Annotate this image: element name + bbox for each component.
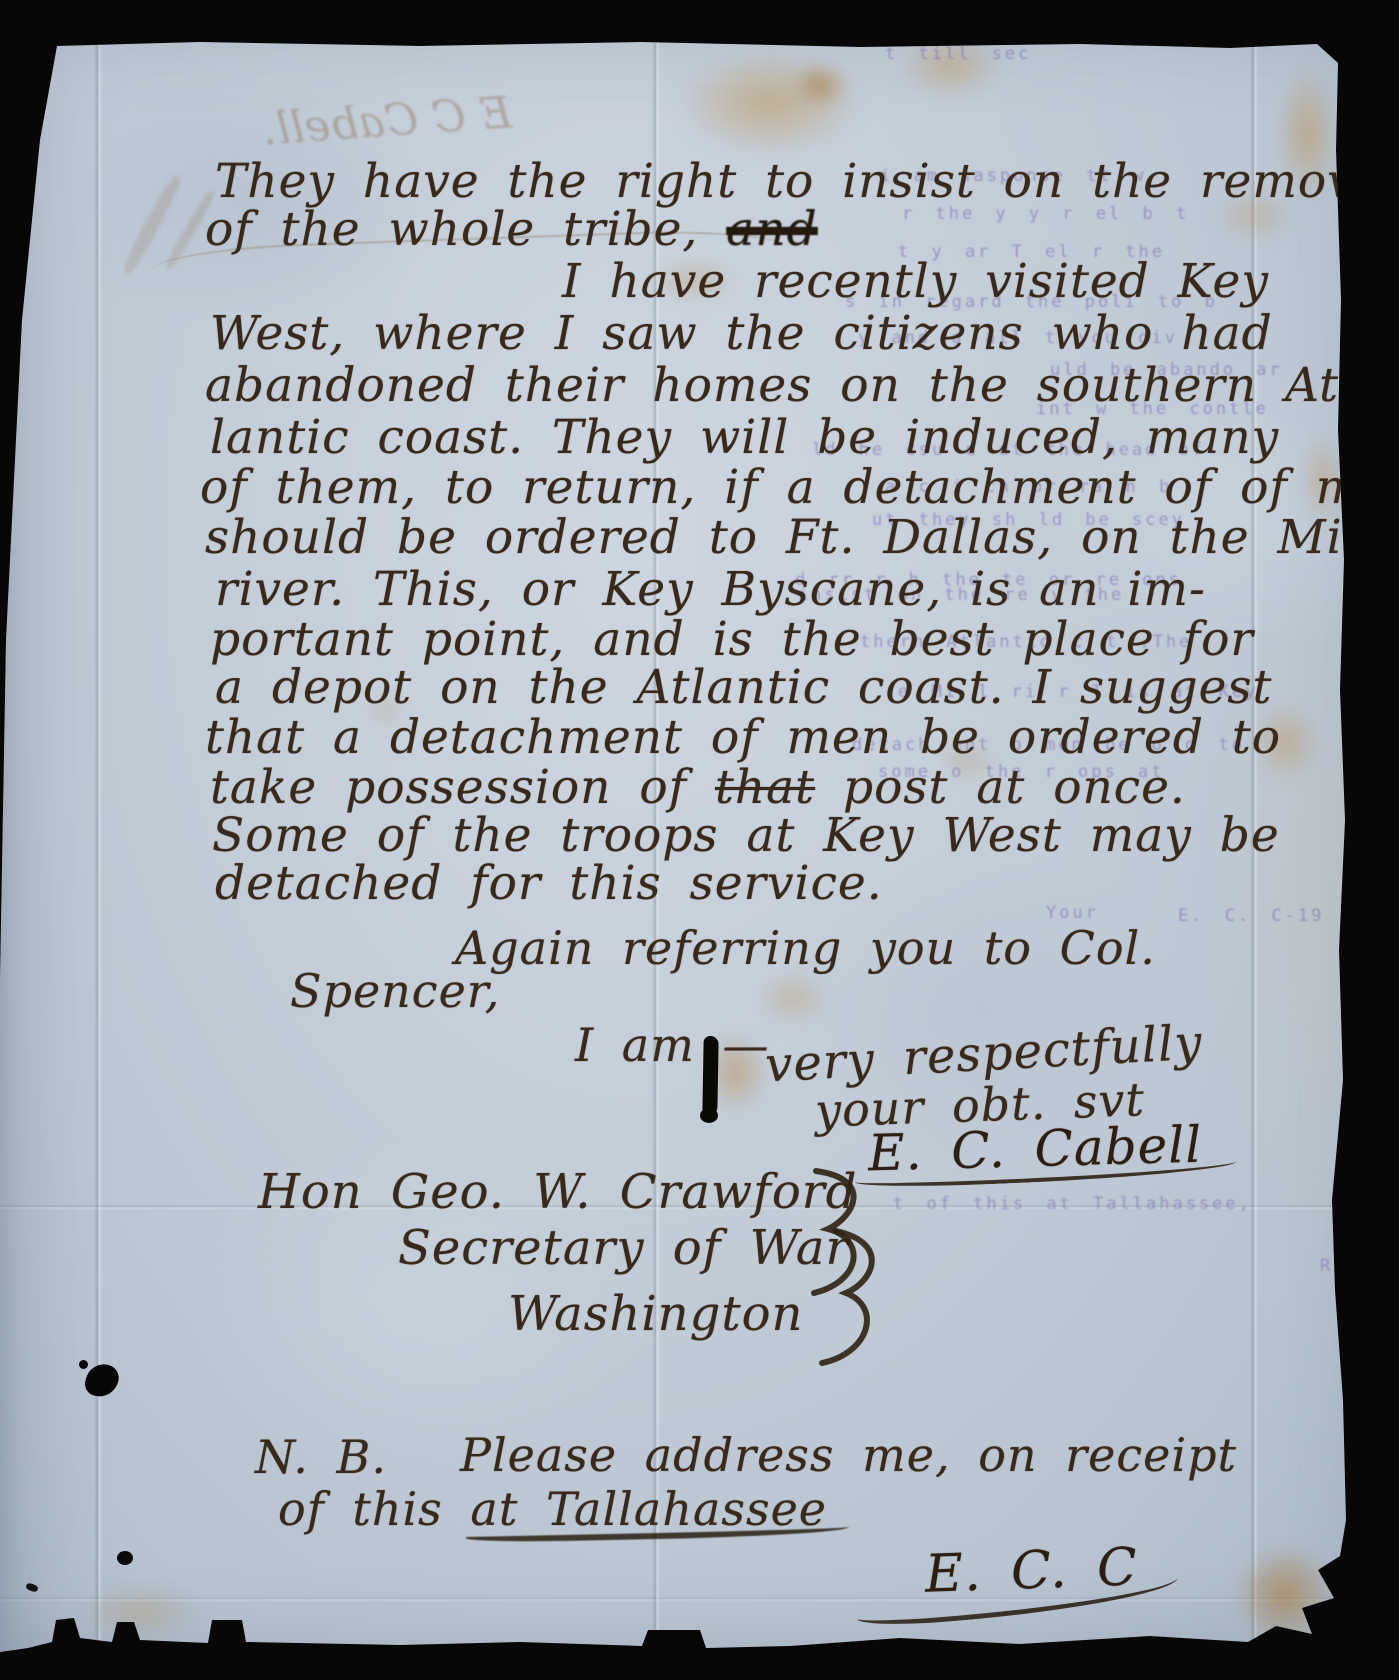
closing-line: Spencer, [290, 968, 500, 1014]
typed-bleedthrough: t of this at Tallahassee, [893, 1194, 1252, 1214]
fold-crease-left [94, 0, 102, 1680]
stain [875, 18, 1025, 113]
paper-hole [82, 1361, 121, 1401]
handwriting-line: portant point, and is the best place for [210, 616, 1254, 663]
struck-out-word: that [715, 760, 815, 815]
ink-blot [702, 1036, 718, 1116]
address-line: Washington [508, 1290, 803, 1338]
typed-bleedthrough: R. [1320, 1256, 1346, 1276]
handwriting-line: Some of the troops at Key West may be [212, 812, 1280, 859]
postscript-initials: E. C. C [924, 1541, 1138, 1600]
address-line: Hon Geo. W. Crawford [258, 1168, 857, 1216]
handwriting-line: river. This, or Key Byscane, is an im- [215, 566, 1206, 613]
struck-out-word: and [726, 202, 817, 257]
initials-text: E. C. C [924, 1541, 1138, 1600]
postscript-nb: N. B. [255, 1434, 387, 1480]
postscript-line: of this at Tallahassee [278, 1486, 827, 1532]
signature-name: E. C. Cabell [867, 1120, 1202, 1179]
handwriting-line: a depot on the Atlantic coast. I suggest [215, 664, 1272, 711]
handwriting-line: of the whole tribe, and [205, 206, 818, 253]
line-text: post at once. [815, 760, 1186, 815]
handwriting-line: take possession of that post at once. [210, 764, 1186, 811]
postscript-line: Please address me, on receipt [460, 1432, 1237, 1478]
scanned-letter-scene: t till sec i am sasponse tt w r the y y … [0, 0, 1399, 1680]
handwriting-line: West, where I saw the citizens who had [210, 310, 1273, 357]
mirrored-docket-bleedthrough: E C Cabell. [261, 87, 514, 155]
handwriting-line: detached for this service. [215, 860, 883, 907]
closing-line: Again referring you to Col. [455, 925, 1156, 971]
typed-bleedthrough: E. C. C-19 [1178, 906, 1324, 926]
typed-bleedthrough: t till sec [885, 44, 1031, 64]
typed-bleedthrough: Your [1046, 903, 1099, 923]
letter-paper: t till sec i am sasponse tt w r the y y … [0, 0, 1399, 1680]
signature: E. C. Cabell [867, 1120, 1202, 1179]
handwriting-line: abandoned their homes on the southern At… [205, 362, 1356, 409]
ink-spot [25, 1582, 39, 1593]
handwriting-line: They have the right to insist on the rem… [215, 158, 1399, 205]
handwriting-line: I have recently visited Key [562, 258, 1269, 305]
handwriting-line: of them, to return, if a detachment of o… [200, 464, 1399, 511]
paper-hole [79, 1360, 88, 1369]
stain [55, 1575, 225, 1650]
handwriting-line: lantic coast. They will be induced, many [210, 414, 1279, 461]
handwriting-line: that a detachment of men be ordered to [205, 714, 1281, 761]
closing-line: I am — [575, 1022, 769, 1068]
address-brace [770, 1165, 900, 1375]
handwriting-line: should be ordered to Ft. Dallas, on the … [205, 514, 1399, 561]
line-text: take possession of [210, 760, 715, 815]
fold-crease-bottom [0, 1596, 1399, 1602]
underlined-place: at Tallahassee [470, 1486, 827, 1532]
stain [780, 52, 860, 118]
stain [1215, 1525, 1355, 1665]
line-text: of the whole tribe, [205, 202, 726, 257]
ink-blot [700, 1108, 718, 1123]
line-text: of this [278, 1482, 470, 1536]
ink-spot [117, 1551, 133, 1565]
